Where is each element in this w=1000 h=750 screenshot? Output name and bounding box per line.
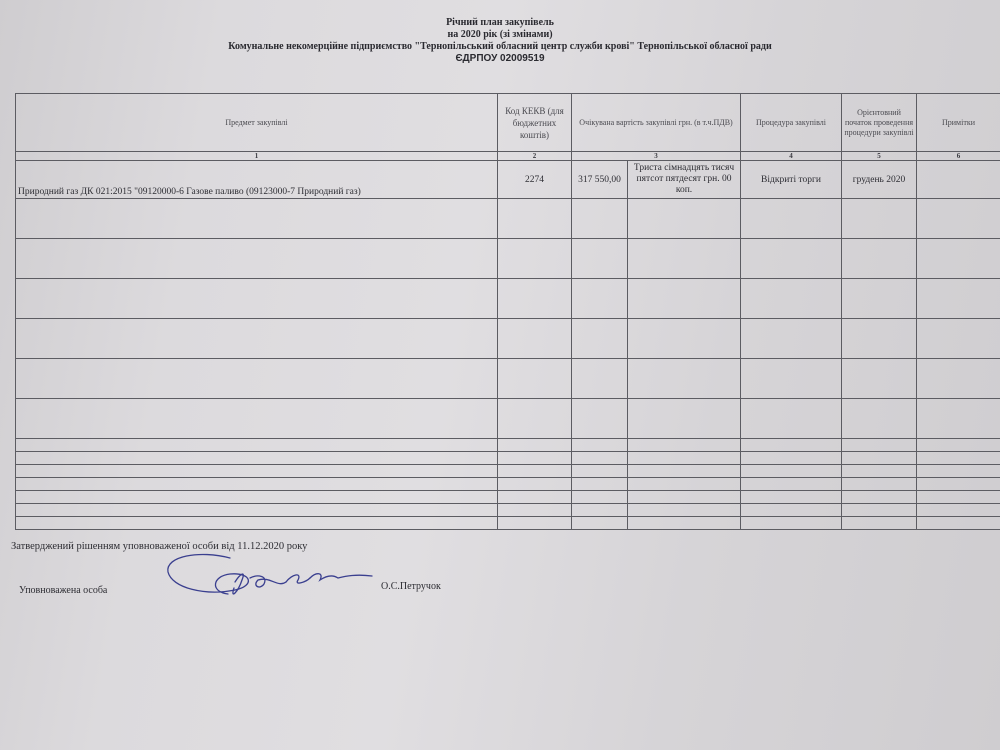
empty-row (16, 199, 1000, 239)
column-header-procedure: Процедура закупівлі (741, 94, 842, 152)
empty-row (16, 359, 1000, 399)
cell-amount-words: Триста сімнадцять тисяч пятсот пятдесят … (628, 161, 741, 199)
column-header-kekv: Код КЕКВ (для бюджетних коштів) (498, 94, 572, 152)
cell-amount: 317 550,00 (572, 161, 628, 199)
authorized-person-name: О.С.Петручок (381, 581, 441, 592)
column-number-row: 1 2 3 4 5 6 (16, 152, 1000, 161)
empty-row (16, 504, 1000, 517)
empty-row (16, 439, 1000, 452)
empty-row (16, 478, 1000, 491)
edrpou-code: ЄДРПОУ 02009519 (0, 53, 1000, 65)
plan-subtitle: на 2020 рік (зі змінами) (0, 29, 1000, 41)
organization-name: Комунальне некомерційне підприємство "Те… (0, 41, 1000, 53)
empty-row (16, 517, 1000, 530)
authorized-person-label: Уповноважена особа (19, 585, 107, 596)
cell-start-date: грудень 2020 (842, 161, 917, 199)
column-number: 4 (741, 152, 842, 161)
cell-procedure: Відкриті торги (741, 161, 842, 199)
empty-row (16, 465, 1000, 478)
empty-row (16, 239, 1000, 279)
column-header-start: Орієнтовний початок проведення процедури… (842, 94, 917, 152)
plan-title: Річний план закупівель (0, 17, 1000, 29)
empty-row (16, 452, 1000, 465)
empty-row (16, 279, 1000, 319)
empty-row (16, 491, 1000, 504)
signature-icon (160, 552, 375, 607)
approval-statement: Затверджений рішенням уповноваженої особ… (11, 541, 307, 552)
column-header-expected-cost: Очікувана вартість закупівлі грн. (в т.ч… (572, 94, 741, 152)
document-page: Річний план закупівель на 2020 рік (зі з… (0, 0, 1000, 750)
column-number: 3 (572, 152, 741, 161)
cell-subject: Природний газ ДК 021:2015 "09120000-6 Га… (16, 161, 498, 199)
table-row: Природний газ ДК 021:2015 "09120000-6 Га… (16, 161, 1000, 199)
procurement-plan-table: Предмет закупівлі Код КЕКВ (для бюджетни… (15, 93, 1000, 530)
empty-row (16, 319, 1000, 359)
column-number: 5 (842, 152, 917, 161)
column-header-notes: Примітки (917, 94, 1000, 152)
empty-row (16, 399, 1000, 439)
column-number: 1 (16, 152, 498, 161)
column-number: 6 (917, 152, 1000, 161)
column-header-subject: Предмет закупівлі (16, 94, 498, 152)
cell-kekv: 2274 (498, 161, 572, 199)
cell-notes (917, 161, 1000, 199)
table-header-row: Предмет закупівлі Код КЕКВ (для бюджетни… (16, 94, 1000, 152)
column-number: 2 (498, 152, 572, 161)
